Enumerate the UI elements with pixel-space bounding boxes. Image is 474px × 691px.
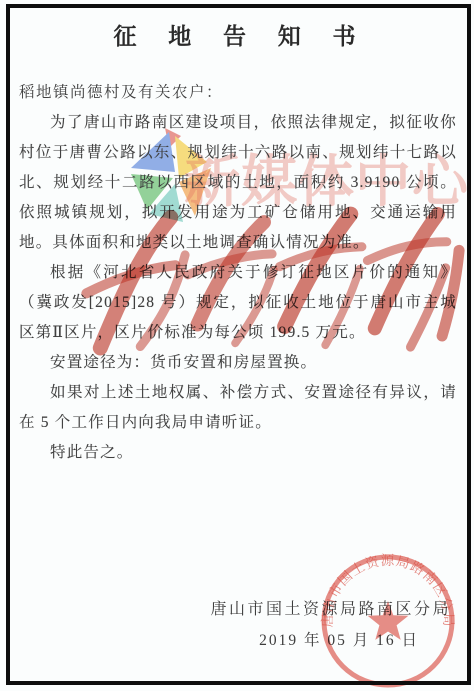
- paragraph-compensation-standard: 根据《河北省人民政府关于修订征地区片价的通知》（冀政发[2015]28 号）规定…: [19, 258, 457, 348]
- signature-block: 唐山市国土资源局路南区分局 2019 年 05 月 16 日: [19, 596, 457, 650]
- paragraph-project-scope: 为了唐山市路南区建设项目，依照法律规定，拟征收你村位于唐曹公路以东、规划纬十六路…: [19, 108, 457, 258]
- issuing-authority-signature: 唐山市国土资源局路南区分局: [19, 596, 457, 619]
- notice-content: 征 地 告 知 书 稻地镇尚德村及有关农户： 为了唐山市路南区建设项目，依照法律…: [0, 0, 474, 650]
- paragraph-resettlement: 安置途径为：货币安置和房屋置换。: [19, 348, 457, 378]
- notice-document-page: 新媒体中心 征 地 告 知 书 稻地镇尚德村及有关农户： 为了唐山市路南区建设项…: [0, 0, 474, 691]
- issue-date: 2019 年 05 月 16 日: [19, 628, 457, 650]
- notice-body: 为了唐山市路南区建设项目，依照法律规定，拟征收你村位于唐曹公路以东、规划纬十六路…: [19, 108, 457, 468]
- notice-title: 征 地 告 知 书: [25, 18, 457, 51]
- paragraph-closing: 特此告之。: [19, 438, 457, 468]
- salutation-line: 稻地镇尚德村及有关农户：: [19, 78, 457, 108]
- paragraph-hearing-rights: 如果对上述土地权属、补偿方式、安置途径有异议，请在 5 个工作日内向我局申请听证…: [19, 378, 457, 438]
